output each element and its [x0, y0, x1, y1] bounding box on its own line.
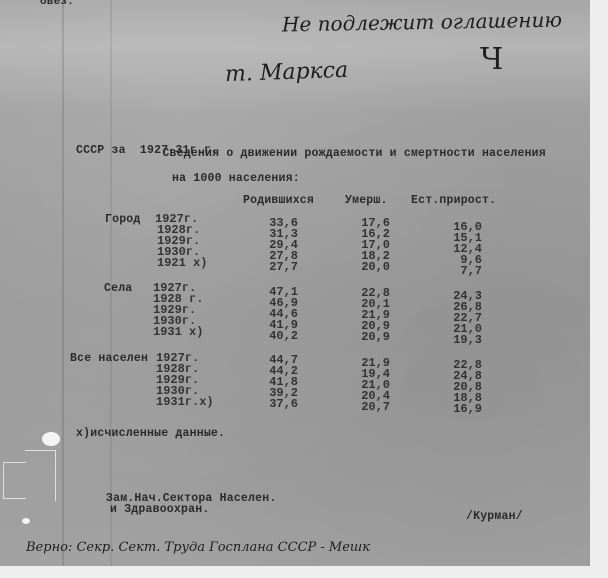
- year-cell: 1931 х): [153, 327, 203, 338]
- born-cell: 40,2: [258, 331, 298, 342]
- growth-column-city: 16,0 15,1 12,4 9,6 7,7: [442, 222, 482, 277]
- top-fragment-text: овез.: [40, 0, 74, 8]
- died-column-villages: 22,8 20,1 21,9 20,9 20,9: [350, 288, 390, 343]
- growth-cell: 7,7: [442, 266, 482, 277]
- year-cell: 1921 х): [155, 258, 207, 269]
- punch-hole: [42, 432, 60, 446]
- handwritten-certification: Верно: Секр. Сект. Труда Госплана СССР -…: [26, 540, 370, 555]
- died-column-total: 21,9 19,4 21,0 20,4 20,7: [350, 358, 390, 413]
- document-subtitle: на 1000 населения:: [172, 172, 300, 185]
- year-column-city: 1927г. 1928г. 1929г. 1930г. 1921 х): [155, 214, 207, 269]
- column-header-born: Родившихся: [243, 194, 314, 207]
- born-cell: 27,7: [258, 262, 298, 273]
- died-column-city: 17,6 16,2 17,0 18,2 20,0: [350, 218, 390, 273]
- growth-cell: 16,9: [442, 404, 482, 415]
- group-label-city: Город: [105, 213, 141, 226]
- scanned-document-page: овез. Не подлежит оглашению т. Маркса Ч …: [0, 0, 590, 566]
- punch-hole: [22, 518, 30, 524]
- scan-mask-outline: [25, 450, 56, 501]
- died-cell: 20,9: [350, 332, 390, 343]
- document-title-period: СССР за 1927-31г.г.: [76, 144, 218, 157]
- column-header-growth: Ест.прирост.: [411, 194, 496, 207]
- title-text: Сведения о движении рождаемости и смертн…: [162, 147, 545, 160]
- group-label-total: Все населен: [70, 352, 148, 365]
- column-header-died: Умерш.: [345, 194, 388, 207]
- died-cell: 20,0: [350, 262, 390, 273]
- handwritten-mark: Ч: [480, 42, 503, 77]
- year-cell: 1931г.х): [156, 397, 214, 408]
- born-column-total: 44,7 44,2 41,8 39,2 37,6: [258, 355, 298, 410]
- signatory-title-line2: и Здравоохран.: [110, 503, 209, 516]
- born-cell: 37,6: [258, 399, 298, 410]
- year-column-total: 1927г. 1928г. 1929г. 1930г. 1931г.х): [156, 353, 214, 408]
- handwritten-addressee: т. Маркса: [225, 58, 349, 87]
- scan-mask-outline: [3, 462, 26, 499]
- growth-cell: 19,3: [442, 335, 482, 346]
- paper-crease: [62, 0, 64, 566]
- handwritten-confidential-note: Не подлежит оглашению: [282, 8, 562, 37]
- footnote: х)исчисленные данные.: [76, 427, 225, 440]
- year-column-villages: 1927г. 1928 г. 1929г. 1930г. 1931 х): [153, 283, 203, 338]
- group-label-villages: Села: [104, 282, 132, 295]
- growth-column-total: 22,8 24,8 20,8 18,8 16,9: [442, 360, 482, 415]
- born-column-city: 33,6 31,3 29,4 27,8 27,7: [258, 218, 298, 273]
- scan-margin-right: [590, 0, 608, 578]
- signatory-name: /Курман/: [466, 510, 523, 523]
- scan-margin-bottom: [0, 566, 608, 578]
- died-cell: 20,7: [350, 402, 390, 413]
- born-column-villages: 47,1 46,9 44,6 41,9 40,2: [258, 287, 298, 342]
- growth-column-villages: 24,3 26,8 22,7 21,0 19,3: [442, 291, 482, 346]
